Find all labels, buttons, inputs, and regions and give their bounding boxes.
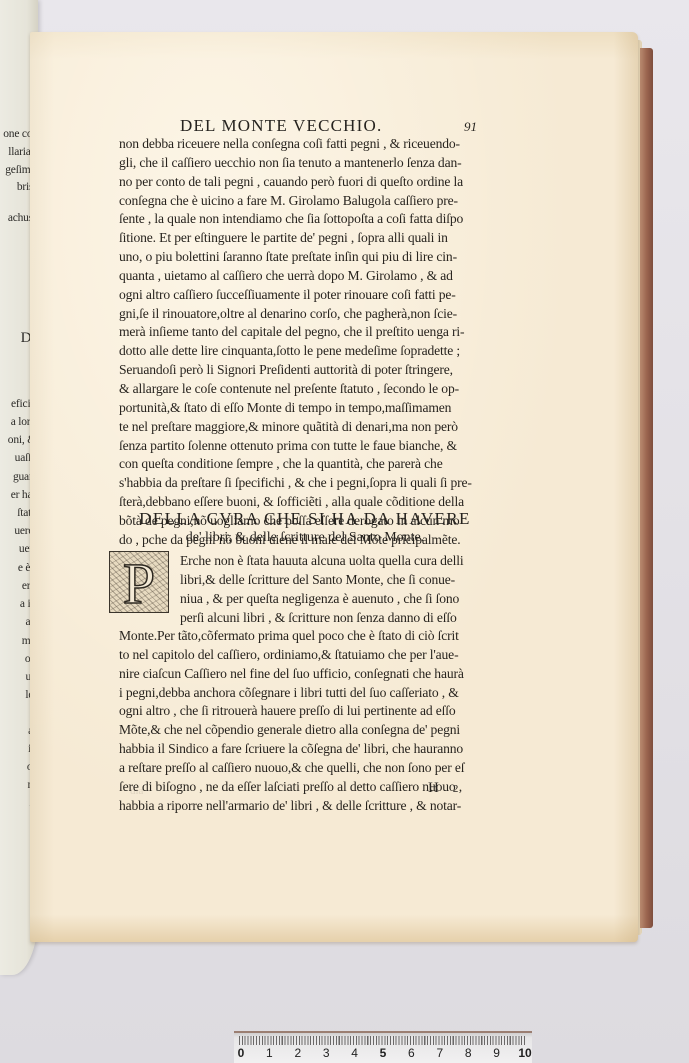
folio-number: 91 (464, 119, 477, 135)
section-heading: DELLA CVRA CHE SI HA DA HAVERE de' libri… (100, 509, 510, 547)
section-heading-line-2: de' libri, & delle ſcritture del Santo M… (100, 529, 510, 547)
text-line: quanta , uietamo al caſſiero che uerrà d… (119, 267, 499, 286)
ruler-label: 0 (238, 1046, 245, 1060)
ruler-label: 9 (493, 1046, 500, 1060)
section-heading-line-1: DELLA CVRA CHE SI HA DA HAVERE (100, 509, 510, 529)
text-line: non debba riceuere nella conſegna coſi f… (119, 135, 499, 154)
text-line: habbia il Sindico a fare ſcriuere la cõſ… (119, 740, 499, 759)
text-line: ſenza partito ſolenne ottenuto prima con… (119, 437, 499, 456)
text-line: & allargare le coſe contenute nel preſen… (119, 380, 499, 399)
ruler-label: 5 (380, 1046, 387, 1060)
text-line: conſegna che è uicino a fare M. Girolamo… (119, 192, 499, 211)
signature-mark: H2 (428, 780, 458, 797)
ruler-label: 10 (518, 1046, 531, 1060)
running-head: DEL MONTE VECCHIO. (180, 116, 382, 136)
paragraph-statute-text: non debba riceuere nella conſegna coſi f… (119, 135, 499, 550)
signature-number: 2 (453, 783, 459, 795)
ruler-label: 8 (465, 1046, 472, 1060)
text-line: te nel preſtare maggiore,& minore quãtit… (119, 418, 499, 437)
drop-cap-letter: P (123, 555, 155, 613)
ruler-label: 2 (294, 1046, 301, 1060)
text-line: i pegni,debba anchora cõſegnare i libri … (119, 684, 499, 703)
text-line: no per conto de tali pegni , cauando per… (119, 173, 499, 192)
text-line: to nel capitolo del caſſiero, ordiniamo,… (119, 646, 499, 665)
text-line: niua , & per queſta negligenza è auenuto… (180, 590, 500, 609)
ruler-ticks (239, 1036, 526, 1045)
text-line: habbia a riporre nell'armario de' libri … (119, 797, 499, 816)
text-line: a reſtare preſſo al caſſiero nuouo,& che… (119, 759, 499, 778)
text-line: nire ciaſcun Caſſiero nel fine del ſuo u… (119, 665, 499, 684)
ruler-label: 4 (351, 1046, 358, 1060)
ruler-label: 6 (408, 1046, 415, 1060)
signature-letter: H (428, 780, 439, 796)
paragraph-indented-beside-initial: Erche non è ſtata hauuta alcuna uolta qu… (180, 552, 500, 627)
text-line: libri,& delle ſcritture del Santo Monte,… (180, 571, 500, 590)
text-line: ogni altro caſſiero ſucceſſiuamente il p… (119, 286, 499, 305)
show-through-text: dia (130, 785, 143, 797)
text-line: ſitione. Et per eſtinguere le partite de… (119, 229, 499, 248)
text-line: perſi alcuni libri , & ſcritture non ſen… (180, 609, 500, 628)
text-line: portunità,& ſtato di eſſo Monte di tempo… (119, 399, 499, 418)
text-line: Mõte,& che nel cõpendio generale dietro … (119, 721, 499, 740)
ruler-label: 7 (436, 1046, 443, 1060)
text-line: Erche non è ſtata hauuta alcuna uolta qu… (180, 552, 500, 571)
decorated-initial-icon: P (109, 551, 169, 613)
text-line: uno, o piu bolettini ſaranno ſtate preſt… (119, 248, 499, 267)
text-line: merà inſieme tanto del capitale del pegn… (119, 323, 499, 342)
text-line: ogni altro , che ſi ritrouerà hauere pre… (119, 702, 499, 721)
book-cover-edge (640, 48, 653, 928)
text-line: gni,ſe il rinouatore,oltre al denarino c… (119, 305, 499, 324)
text-line: con queſta conditione ſempre , che la qu… (119, 455, 499, 474)
text-line: ſente , la quale non intendiamo che ſia … (119, 210, 499, 229)
text-line: Monte.Per tãto,cõfermato prima quel poco… (119, 627, 499, 646)
scale-ruler: 012345678910 (234, 1031, 532, 1063)
text-line: dotto alle dette lire cinquanta,ſotto le… (119, 342, 499, 361)
ruler-label: 1 (266, 1046, 273, 1060)
text-line: Seruandoſi però li Signori Preſidenti au… (119, 361, 499, 380)
ruler-label: 3 (323, 1046, 330, 1060)
text-line: s'habbia da preſtare ſi ſpecifichi , & c… (119, 474, 499, 493)
text-line: gli, che il caſſiero uecchio non ſia ten… (119, 154, 499, 173)
